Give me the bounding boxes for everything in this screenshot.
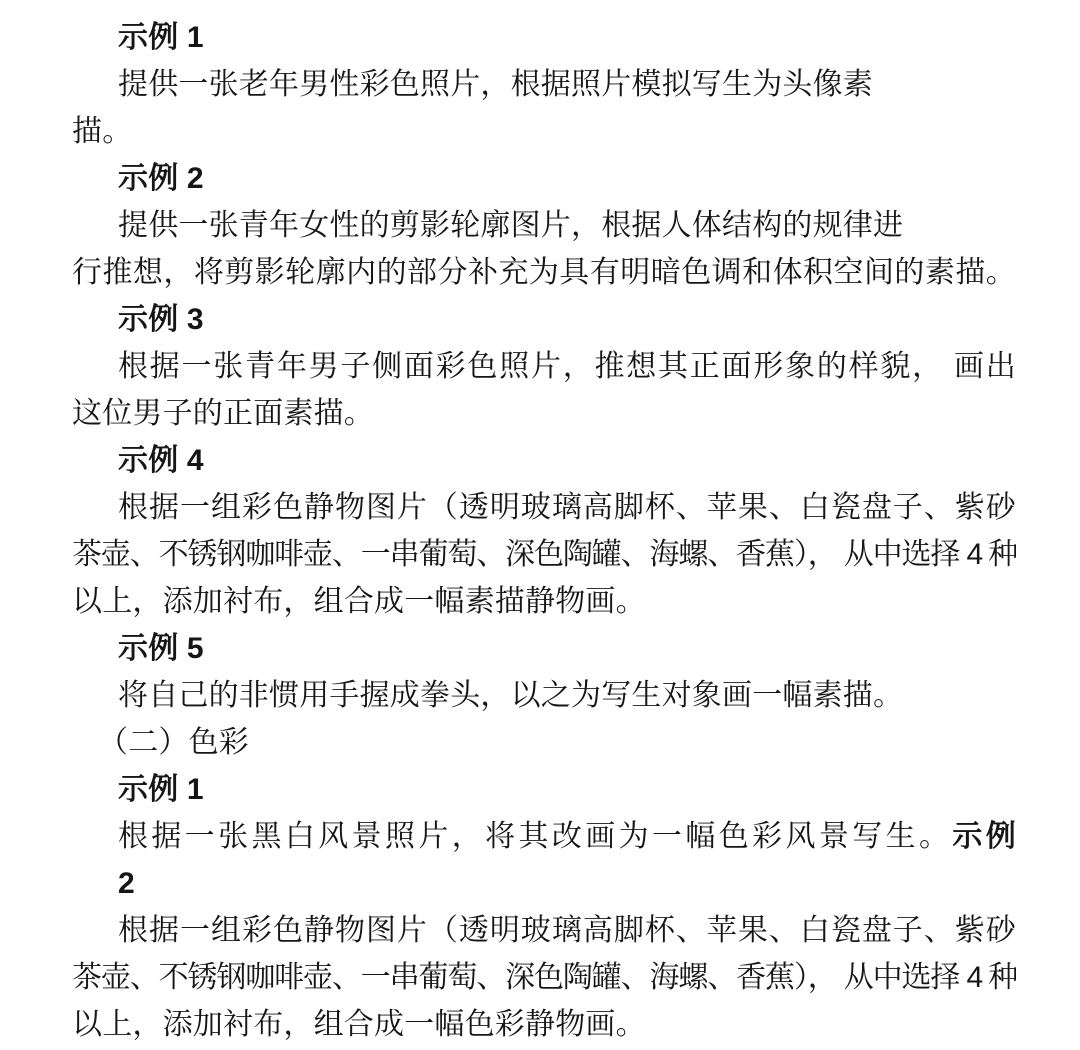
paragraph-line: 描。 [72, 108, 1016, 155]
example-heading-sketch-4: 示例 4 [72, 437, 1016, 484]
example-heading-sketch-2: 示例 2 [72, 155, 1016, 202]
example-heading-color-2-part2: 2 [72, 860, 1016, 907]
paragraph-line: 根据一张黑白风景照片，将其改画为一幅色彩风景写生。示例 [72, 813, 1016, 860]
paragraph-text: 根据一张黑白风景照片，将其改画为一幅色彩风景写生。 [118, 820, 952, 853]
paragraph-line: 将自己的非惯用手握成拳头，以之为写生对象画一幅素描。 [72, 672, 1016, 719]
paragraph-line: 根据一组彩色静物图片（透明玻璃高脚杯、苹果、白瓷盘子、紫砂陶 [72, 484, 1016, 531]
example-heading-color-2-part1: 示例 [952, 820, 1016, 853]
paragraph-line: 根据一张青年男子侧面彩色照片，推想其正面形象的样貌， 画出 [72, 343, 1016, 390]
paragraph-line: 根据一组彩色静物图片（透明玻璃高脚杯、苹果、白瓷盘子、紫砂陶 [72, 907, 1016, 954]
paragraph-line: 茶壶、不锈钢咖啡壶、一串葡萄、深色陶罐、海螺、香蕉）， 从中选择 4 种 [72, 954, 1016, 1001]
example-heading-sketch-1: 示例 1 [72, 14, 1016, 61]
section-heading-color: （二）色彩 [72, 719, 1016, 766]
paragraph-line: 提供一张青年女性的剪影轮廓图片，根据人体结构的规律进 [72, 202, 1016, 249]
paragraph-line: 以上，添加衬布，组合成一幅素描静物画。 [72, 578, 1016, 625]
paragraph-line: 这位男子的正面素描。 [72, 390, 1016, 437]
paragraph-line: 提供一张老年男性彩色照片，根据照片模拟写生为头像素 [72, 61, 1016, 108]
document-page: 示例 1 提供一张老年男性彩色照片，根据照片模拟写生为头像素 描。 示例 2 提… [0, 0, 1080, 1050]
example-heading-color-1: 示例 1 [72, 766, 1016, 813]
example-heading-sketch-3: 示例 3 [72, 296, 1016, 343]
paragraph-line: 以上，添加衬布，组合成一幅色彩静物画。 [72, 1001, 1016, 1048]
example-heading-sketch-5: 示例 5 [72, 625, 1016, 672]
paragraph-line: 行推想，将剪影轮廓内的部分补充为具有明暗色调和体积空间的素描。 [72, 249, 1016, 296]
paragraph-line: 茶壶、不锈钢咖啡壶、一串葡萄、深色陶罐、海螺、香蕉）， 从中选择 4 种 [72, 531, 1016, 578]
